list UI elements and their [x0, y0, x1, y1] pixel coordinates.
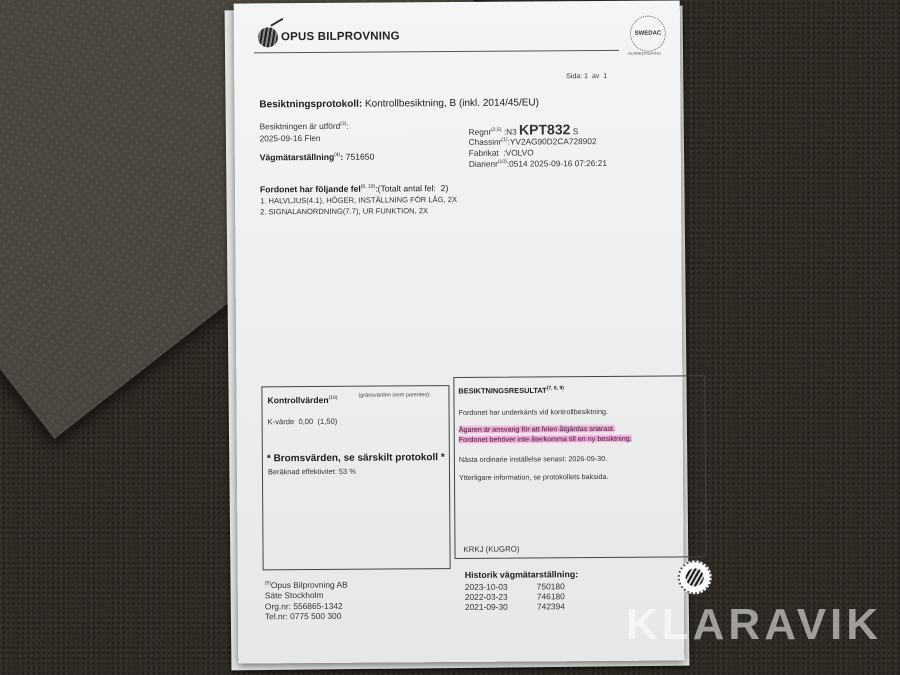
- performed-label: Besiktningen är utförd(3):: [260, 121, 349, 132]
- next-inspection: Nästa ordinarie inställelse senast: 2026…: [459, 454, 607, 464]
- odometer-history-heading: Historik vägmätarställning:: [465, 569, 578, 580]
- odometer-history: 2023-10-03750180 2022-03-23746180 2021-0…: [465, 581, 565, 612]
- performed-value: 2025-09-16 Flen: [260, 133, 321, 143]
- result-heading: BESIKTNINGSRESULTAT(7, 8, 9): [458, 385, 564, 395]
- climate-compensation-seal-icon: [678, 560, 712, 594]
- swedac-seal-icon: SWEDAC: [630, 16, 666, 52]
- result-status: Fordonet har underkänts vid kontrollbesi…: [459, 407, 608, 417]
- limits-note: (gränsvärden inom parentes):: [358, 392, 430, 399]
- inspection-document: OPUS BILPROVNING SWEDAC ACKREDITERING Si…: [234, 0, 685, 663]
- control-values-box: Kontrollvärden(10) (gränsvärden inom par…: [261, 385, 450, 570]
- control-values-heading: Kontrollvärden(10): [267, 395, 337, 405]
- inspection-result-box: BESIKTNINGSRESULTAT(7, 8, 9) Fordonet ha…: [453, 375, 706, 559]
- globe-logo-icon: [258, 27, 278, 47]
- reinspection-text: Fordonet behöver inte återkomma till en …: [459, 434, 632, 444]
- brand-name: OPUS BILPROVNING: [281, 30, 400, 43]
- swedac-caption: ACKREDITERING: [628, 51, 661, 56]
- make: Fabrikat :VOLVO: [469, 147, 534, 157]
- brake-values-heading: * Bromsvärden, se särskilt protokoll *: [267, 452, 445, 464]
- page-number: Sida: 1 av 1: [566, 73, 607, 80]
- fault-item: 2. SIGNALANORDNING(7.7), UR FUNKTION, 2X: [260, 206, 428, 216]
- company-info: (9)Opus Bilprovning AB Säte Stockholm Or…: [265, 578, 348, 622]
- registration-number: KPT832: [519, 121, 570, 137]
- more-info: Ytterligare information, se protokollets…: [459, 472, 608, 482]
- history-row: 2023-10-03750180: [465, 581, 565, 592]
- klaravik-watermark: KLARAVIK: [626, 600, 882, 650]
- history-row: 2021-09-30742394: [465, 601, 565, 612]
- fault-item: 1. HALVLJUS(4.1), HÖGER, INSTÄLLNING FÖR…: [260, 195, 457, 205]
- opus-logo: OPUS BILPROVNING: [258, 26, 400, 47]
- faults-heading: Fordonet har följande fel(6, 10):(Totalt…: [260, 183, 448, 194]
- document-title: Besiktningsprotokoll: Kontrollbesiktning…: [259, 97, 539, 110]
- diary-number: Diarienr(10):0514 2025-09-16 07:26:21: [469, 158, 607, 169]
- odometer: Vägmätarställning(4): 751650: [260, 152, 375, 163]
- history-row: 2022-03-23746180: [465, 591, 565, 602]
- k-value: K-värde 0,00 (1,50): [268, 417, 338, 426]
- header-divider: [254, 50, 619, 54]
- owner-responsibility-text: Ägaren är ansvarig för att felen åtgärda…: [459, 424, 615, 434]
- chassis-number: Chassinr(1):YV2AG90D2CA728902: [469, 136, 597, 147]
- inspector-code: KRKJ (KUGRO): [463, 545, 519, 554]
- brake-efficiency: Beräknad effektivitet: 53 %: [268, 467, 356, 477]
